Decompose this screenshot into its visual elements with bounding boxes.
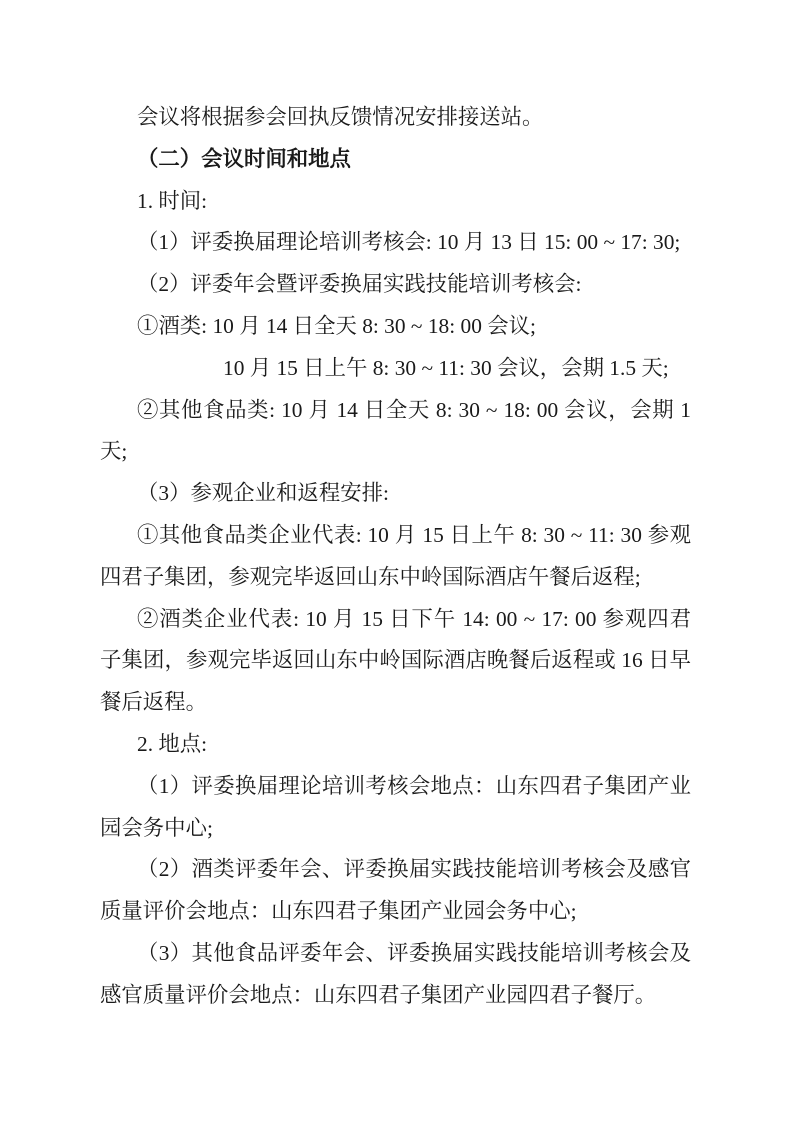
- text-line: （2）评委年会暨评委换届实践技能培训考核会:: [100, 264, 691, 306]
- text-line: （2）酒类评委年会、评委换届实践技能培训考核会及感官: [100, 849, 691, 891]
- text-line: （二）会议时间和地点: [100, 139, 691, 181]
- text-line: 园会务中心;: [100, 808, 691, 850]
- text-line: 会议将根据参会回执反馈情况安排接送站。: [100, 97, 691, 139]
- text-line: 餐后返程。: [100, 682, 691, 724]
- text-line: 10 月 15 日上午 8: 30 ~ 11: 30 会议，会期 1.5 天;: [100, 348, 691, 390]
- text-line: ②其他食品类: 10 月 14 日全天 8: 30 ~ 18: 00 会议，会期…: [100, 390, 691, 432]
- text-line: （1）评委换届理论培训考核会: 10 月 13 日 15: 00 ~ 17: 3…: [100, 222, 691, 264]
- text-line: 感官质量评价会地点：山东四君子集团产业园四君子餐厅。: [100, 975, 691, 1017]
- text-line: 四君子集团，参观完毕返回山东中岭国际酒店午餐后返程;: [100, 557, 691, 599]
- document-lines: 会议将根据参会回执反馈情况安排接送站。（二）会议时间和地点1. 时间:（1）评委…: [100, 97, 691, 1017]
- document-page: 会议将根据参会回执反馈情况安排接送站。（二）会议时间和地点1. 时间:（1）评委…: [0, 0, 794, 1123]
- text-line: （1）评委换届理论培训考核会地点：山东四君子集团产业: [100, 766, 691, 808]
- text-line: 1. 时间:: [100, 181, 691, 223]
- text-line: 2. 地点:: [100, 724, 691, 766]
- text-line: 质量评价会地点：山东四君子集团产业园会务中心;: [100, 891, 691, 933]
- text-line: 子集团，参观完毕返回山东中岭国际酒店晚餐后返程或 16 日早: [100, 640, 691, 682]
- text-line: ①其他食品类企业代表: 10 月 15 日上午 8: 30 ~ 11: 30 参…: [100, 515, 691, 557]
- text-line: 天;: [100, 431, 691, 473]
- text-line: ②酒类企业代表: 10 月 15 日下午 14: 00 ~ 17: 00 参观四…: [100, 599, 691, 641]
- text-line: ①酒类: 10 月 14 日全天 8: 30 ~ 18: 00 会议;: [100, 306, 691, 348]
- text-line: （3）其他食品评委年会、评委换届实践技能培训考核会及: [100, 933, 691, 975]
- text-line: （3）参观企业和返程安排:: [100, 473, 691, 515]
